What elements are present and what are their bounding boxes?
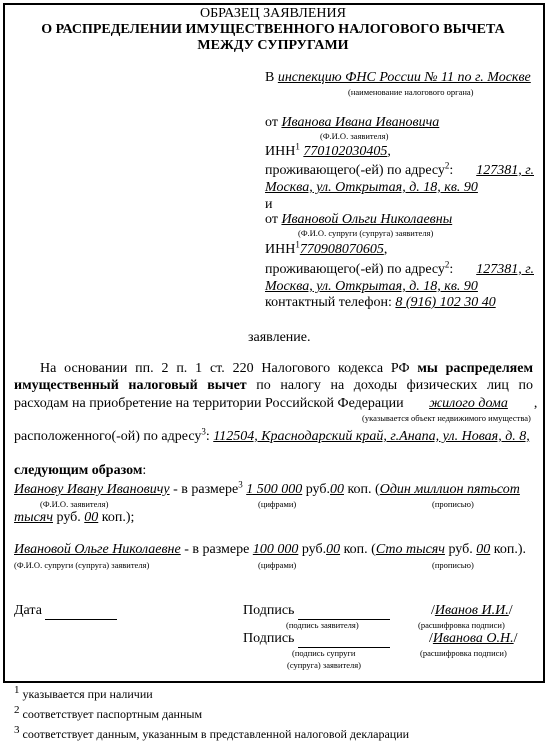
date-line[interactable] xyxy=(45,603,117,620)
spouse-signature-hint-1: (подпись супруги xyxy=(292,648,355,658)
spouse-amount: 100 000 xyxy=(253,542,299,557)
spouse-signature: Подпись xyxy=(243,631,390,648)
spouse-name-line: от Ивановой Ольги Николаевны xyxy=(265,212,452,228)
property-hint: (указывается объект недвижимого имуществ… xyxy=(362,413,531,423)
spouse-address-line2: Москва, ул. Открытая, д. 18, кв. 90 xyxy=(265,279,478,295)
spouse-words-hint: (прописью) xyxy=(432,560,474,570)
applicant-inn: 770102030405 xyxy=(303,144,387,159)
applicant-signature: Подпись xyxy=(243,603,390,620)
property-location: 112504, Краснодарский край, г.Анапа, ул.… xyxy=(213,429,530,444)
footnote-2: 2 соответствует паспортным данным xyxy=(14,707,202,722)
spouse-phone-line: контактный телефон: 8 (916) 102 30 40 xyxy=(265,295,496,311)
applicant-decode-hint: (расшифровка подписи) xyxy=(418,620,505,630)
spouse-inn-line: ИНН1770908070605, xyxy=(265,242,387,258)
applicant-name-hint-2: (Ф.И.О. заявителя) xyxy=(40,499,108,509)
applicant-name-hint: (Ф.И.О. заявителя) xyxy=(320,131,388,141)
spouse-phone: 8 (916) 102 30 40 xyxy=(395,295,495,310)
spouse-inn: 770908070605 xyxy=(300,242,384,257)
body-line3: расходам на приобретение на территории Р… xyxy=(14,396,537,412)
date-field: Дата xyxy=(14,603,117,620)
body-line1: На основании пп. 2 п. 1 ст. 220 Налогово… xyxy=(14,361,533,377)
spouse-decode: /Иванова О.Н./ xyxy=(429,631,518,647)
applicant-inn-line: ИНН1 770102030405, xyxy=(265,144,391,160)
spouse-signature-hint-2: (супруга) заявителя) xyxy=(287,660,361,670)
spouse-signature-line[interactable] xyxy=(298,631,390,648)
spouse-name-hint: (Ф.И.О. супруги (супруга) заявителя) xyxy=(298,228,433,238)
spouse-decode-hint: (расшифровка подписи) xyxy=(420,648,507,658)
applicant-address-line2: Москва, ул. Открытая, д. 18, кв. 90 xyxy=(265,180,478,196)
applicant-amount: 1 500 000 xyxy=(246,482,302,497)
addressee: В инспекцию ФНС России № 11 по г. Москве xyxy=(265,70,531,86)
applicant-name: Иванова Ивана Ивановича xyxy=(281,115,439,130)
applicant-decode: /Иванов И.И./ xyxy=(431,603,513,619)
footnote-1: 1 указывается при наличии xyxy=(14,687,153,702)
footnote-3: 3 соответствует данным, указанным в пред… xyxy=(14,727,409,742)
applicant-amount-hint: (цифрами) xyxy=(258,499,296,509)
conjunction: и xyxy=(265,197,273,213)
spouse-name: Ивановой Ольги Николаевны xyxy=(281,212,452,227)
distribution-row-applicant: Иванову Ивану Ивановичу - в размере3 1 5… xyxy=(14,482,520,498)
distribution-heading: следующим образом: xyxy=(14,463,146,479)
applicant-name-line: от Иванова Ивана Ивановича xyxy=(265,115,439,131)
property-type: жилого дома xyxy=(407,396,534,411)
applicant-words-hint: (прописью) xyxy=(432,499,474,509)
applicant-signature-hint: (подпись заявителя) xyxy=(286,620,359,630)
addressee-value: инспекцию ФНС России № 11 по г. Москве xyxy=(278,70,531,85)
body-line2: имущественный налоговый вычет по налогу … xyxy=(14,378,533,394)
spouse-address-line1: проживающего(-ей) по адресу2: 127381, г. xyxy=(265,262,534,278)
addressee-hint: (наименование налогового органа) xyxy=(348,87,474,97)
distribution-row-spouse: Ивановой Ольге Николаевне - в размере 10… xyxy=(14,542,526,558)
document-title-line2: О РАСПРЕДЕЛЕНИИ ИМУЩЕСТВЕННОГО НАЛОГОВОГ… xyxy=(0,22,546,38)
distribution-row-applicant-cont: тысяч руб. 00 коп.); xyxy=(14,510,134,526)
applicant-address-line1: проживающего(-ей) по адресу2: 127381, г. xyxy=(265,163,534,179)
applicant-signature-line[interactable] xyxy=(298,603,390,620)
spouse-name-hint-2: (Ф.И.О. супруги (супруга) заявителя) xyxy=(14,560,149,570)
property-location-line: расположенного(-ой) по адресу3: 112504, … xyxy=(14,429,530,445)
document-title-line3: МЕЖДУ СУПРУГАМИ xyxy=(0,38,546,54)
document-title-line1: ОБРАЗЕЦ ЗАЯВЛЕНИЯ xyxy=(0,6,546,22)
spouse-amount-hint: (цифрами) xyxy=(258,560,296,570)
document-type: заявление. xyxy=(248,330,311,346)
